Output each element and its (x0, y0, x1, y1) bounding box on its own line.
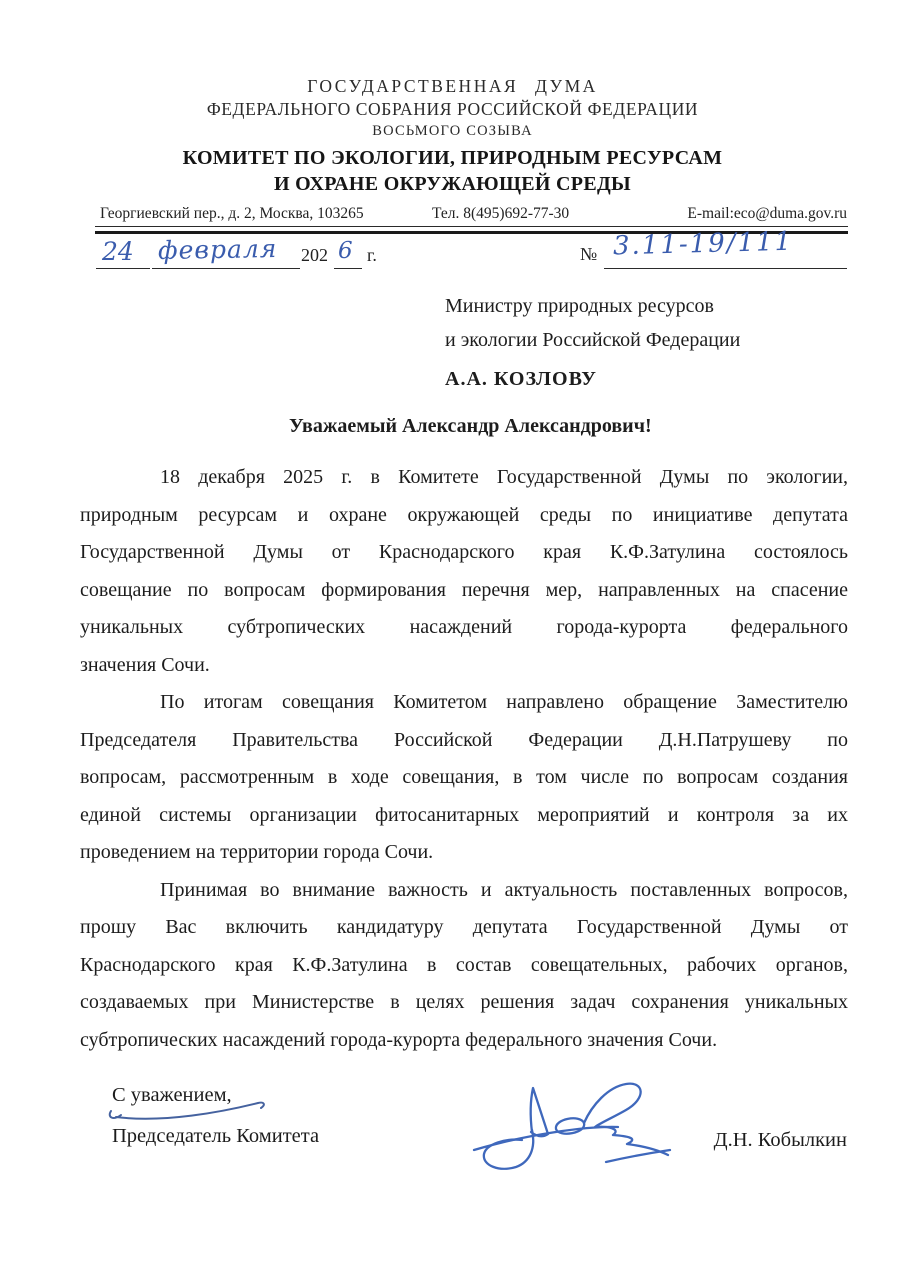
committee-name-line-1: КОМИТЕТ ПО ЭКОЛОГИИ, ПРИРОДНЫМ РЕСУРСАМ (0, 147, 905, 170)
body-line: субтропических насаждений города-курорта… (80, 1022, 848, 1060)
date-year-printed: 202 (301, 245, 328, 266)
letterhead-address: Георгиевский пер., д. 2, Москва, 103265 (100, 205, 364, 223)
body-line: прошу Вас включить кандидатуру депутата … (80, 909, 848, 947)
committee-name-line-2: И ОХРАНЕ ОКРУЖАЮЩЕЙ СРЕДЫ (0, 173, 905, 196)
body-paragraph: Принимая во внимание важность и актуальн… (80, 872, 848, 1060)
body-line: уникальных субтропических насаждений гор… (80, 609, 848, 647)
letter-body: 18 декабря 2025 г. в Комитете Государств… (80, 459, 848, 1059)
signer-title: Председатель Комитета (112, 1125, 319, 1148)
date-month-underline (152, 268, 300, 269)
body-paragraph: 18 декабря 2025 г. в Комитете Государств… (80, 459, 848, 684)
date-year-digit-handwritten: 6 (338, 238, 353, 264)
body-line: вопросам, рассмотренным в ходе совещания… (80, 759, 848, 797)
signer-name: Д.Н. Кобылкин (714, 1129, 847, 1152)
addressee-line-2: и экологии Российской Федерации (445, 329, 740, 352)
body-line: единой системы организации фитосанитарны… (80, 797, 848, 835)
date-year-underline (334, 268, 362, 269)
salutation: Уважаемый Александр Александрович! (289, 415, 652, 438)
org-convocation-line: ВОСЬМОГО СОЗЫВА (0, 123, 905, 140)
date-day-handwritten: 24 (102, 237, 134, 266)
body-line: Принимая во внимание важность и актуальн… (80, 872, 848, 910)
number-sign: № (580, 244, 597, 265)
body-paragraph: По итогам совещания Комитетом направлено… (80, 684, 848, 872)
regards-underline-ink (104, 1096, 274, 1124)
number-underline (604, 268, 847, 269)
signature-ink (468, 1072, 703, 1177)
body-line: Председателя Правительства Российской Фе… (80, 722, 848, 760)
org-name-line-2: ФЕДЕРАЛЬНОГО СОБРАНИЯ РОССИЙСКОЙ ФЕДЕРАЦ… (0, 99, 905, 120)
letterhead-phone: Тел. 8(495)692-77-30 (432, 205, 569, 223)
body-line: значения Сочи. (80, 647, 848, 685)
body-line: проведением на территории города Сочи. (80, 834, 848, 872)
date-day-underline (96, 268, 150, 269)
date-year-suffix: г. (367, 245, 377, 266)
body-line: создаваемых при Министерстве в целях реш… (80, 984, 848, 1022)
addressee-line-1: Министру природных ресурсов (445, 295, 714, 318)
body-line: 18 декабря 2025 г. в Комитете Государств… (80, 459, 848, 497)
org-name-line-1: ГОСУДАРСТВЕННАЯ ДУМА (0, 76, 905, 97)
letter-page: { "letterhead": { "org_line1": "ГОСУДАРС… (0, 0, 905, 1280)
date-month-handwritten: февраля (158, 234, 278, 265)
body-line: По итогам совещания Комитетом направлено… (80, 684, 848, 722)
body-line: Краснодарского края К.Ф.Затулина в соста… (80, 947, 848, 985)
number-value-handwritten: 3.11-19/111 (613, 227, 794, 262)
letterhead-email: E-mail:eco@duma.gov.ru (687, 205, 847, 223)
letterhead-rule-thin (95, 226, 848, 227)
body-line: совещание по вопросам формирования переч… (80, 572, 848, 610)
body-line: Государственной Думы от Краснодарского к… (80, 534, 848, 572)
addressee-name: А.А. КОЗЛОВУ (445, 368, 597, 391)
body-line: природным ресурсам и охране окружающей с… (80, 497, 848, 535)
